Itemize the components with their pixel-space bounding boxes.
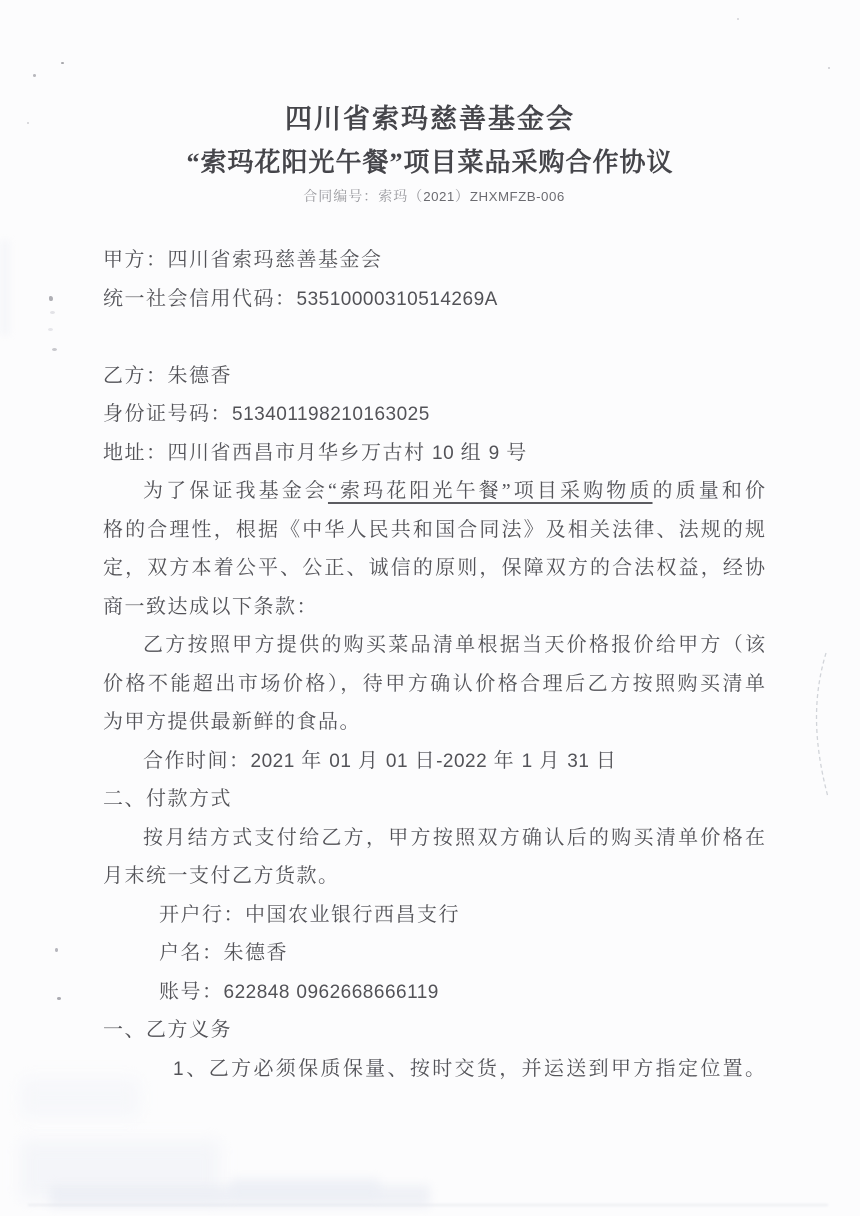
blank-line: [103, 318, 765, 357]
document-lines: 甲方：四川省索玛慈善基金会统一社会信用代码：53510000310514269A…: [103, 241, 765, 1088]
scan-speck: [61, 62, 64, 64]
document-title-org: 四川省索玛慈善基金会: [0, 98, 860, 140]
scan-speck: [828, 67, 830, 69]
text-line: 地址：四川省西昌市月华乡万古村 10 组 9 号: [103, 434, 765, 473]
scan-smudge: [20, 1140, 220, 1200]
scan-speck: [52, 348, 57, 351]
text-line: 为了保证我基金会“索玛花阳光午餐”项目采购物质的质量和价: [103, 472, 765, 511]
text-line: 开户行：中国农业银行西昌支行: [103, 896, 765, 935]
scan-speck: [33, 74, 36, 77]
contract-number-year: 2021: [423, 189, 455, 204]
scan-speck: [737, 18, 739, 20]
scan-crease-mark: [800, 645, 840, 805]
contract-number-label: 合同编号：索玛（: [303, 190, 423, 205]
scan-bottom-edge: [28, 1204, 828, 1206]
text-line: 统一社会信用代码：53510000310514269A: [103, 280, 765, 319]
underlined-text: “索玛花阳光午餐”项目采购物质: [328, 480, 653, 502]
scan-smudge: [0, 240, 10, 335]
text-line: 一、乙方义务: [103, 1011, 765, 1050]
scan-speck: [57, 997, 61, 1000]
text-line: 月末统一支付乙方货款。: [103, 857, 765, 896]
text-line: 价格不能超出市场价格），待甲方确认价格合理后乙方按照购买清单: [103, 665, 765, 704]
contract-number-close-paren: ）: [455, 190, 470, 205]
scanned-contract-page: 四川省索玛慈善基金会 “索玛花阳光午餐”项目菜品采购合作协议 合同编号：索玛（2…: [0, 0, 860, 1216]
text-line: 为甲方提供最新鲜的食品。: [103, 703, 765, 742]
text-line: 按月结方式支付给乙方，甲方按照双方确认后的购买清单价格在: [103, 819, 765, 858]
contract-number-code: ZHXMFZB-006: [470, 189, 565, 204]
text-line: 定，双方本着公平、公正、诚信的原则，保障双方的合法权益，经协: [103, 549, 765, 588]
text-line: 账号：622848 0962668666119: [103, 973, 765, 1012]
text-line: 甲方：四川省索玛慈善基金会: [103, 241, 765, 280]
text-line: 商一致达成以下条款：: [103, 588, 765, 627]
scan-smudge: [230, 1178, 380, 1198]
text-line: 格的合理性，根据《中华人民共和国合同法》及相关法律、法规的规: [103, 511, 765, 550]
contract-number: 合同编号：索玛（2021）ZHXMFZB-006: [0, 186, 860, 209]
scan-speck: [50, 311, 55, 314]
text-line: 1、乙方必须保质保量、按时交货，并运送到甲方指定位置。: [103, 1050, 765, 1089]
scan-speck: [55, 948, 58, 952]
document-title-agreement: “索玛花阳光午餐”项目菜品采购合作协议: [0, 140, 860, 186]
text-line: 户名：朱德香: [103, 934, 765, 973]
scan-speck: [48, 328, 53, 331]
text-line: 二、付款方式: [103, 780, 765, 819]
text-line: 身份证号码：513401198210163025: [103, 395, 765, 434]
text-line: 合作时间：2021 年 01 月 01 日-2022 年 1 月 31 日: [103, 742, 765, 781]
title-block: 四川省索玛慈善基金会 “索玛花阳光午餐”项目菜品采购合作协议 合同编号：索玛（2…: [0, 98, 860, 209]
text-line: 乙方按照甲方提供的购买菜品清单根据当天价格报价给甲方（该: [103, 626, 765, 665]
text-line: 乙方：朱德香: [103, 357, 765, 396]
scan-speck: [49, 296, 53, 301]
scan-smudge: [50, 1185, 430, 1207]
